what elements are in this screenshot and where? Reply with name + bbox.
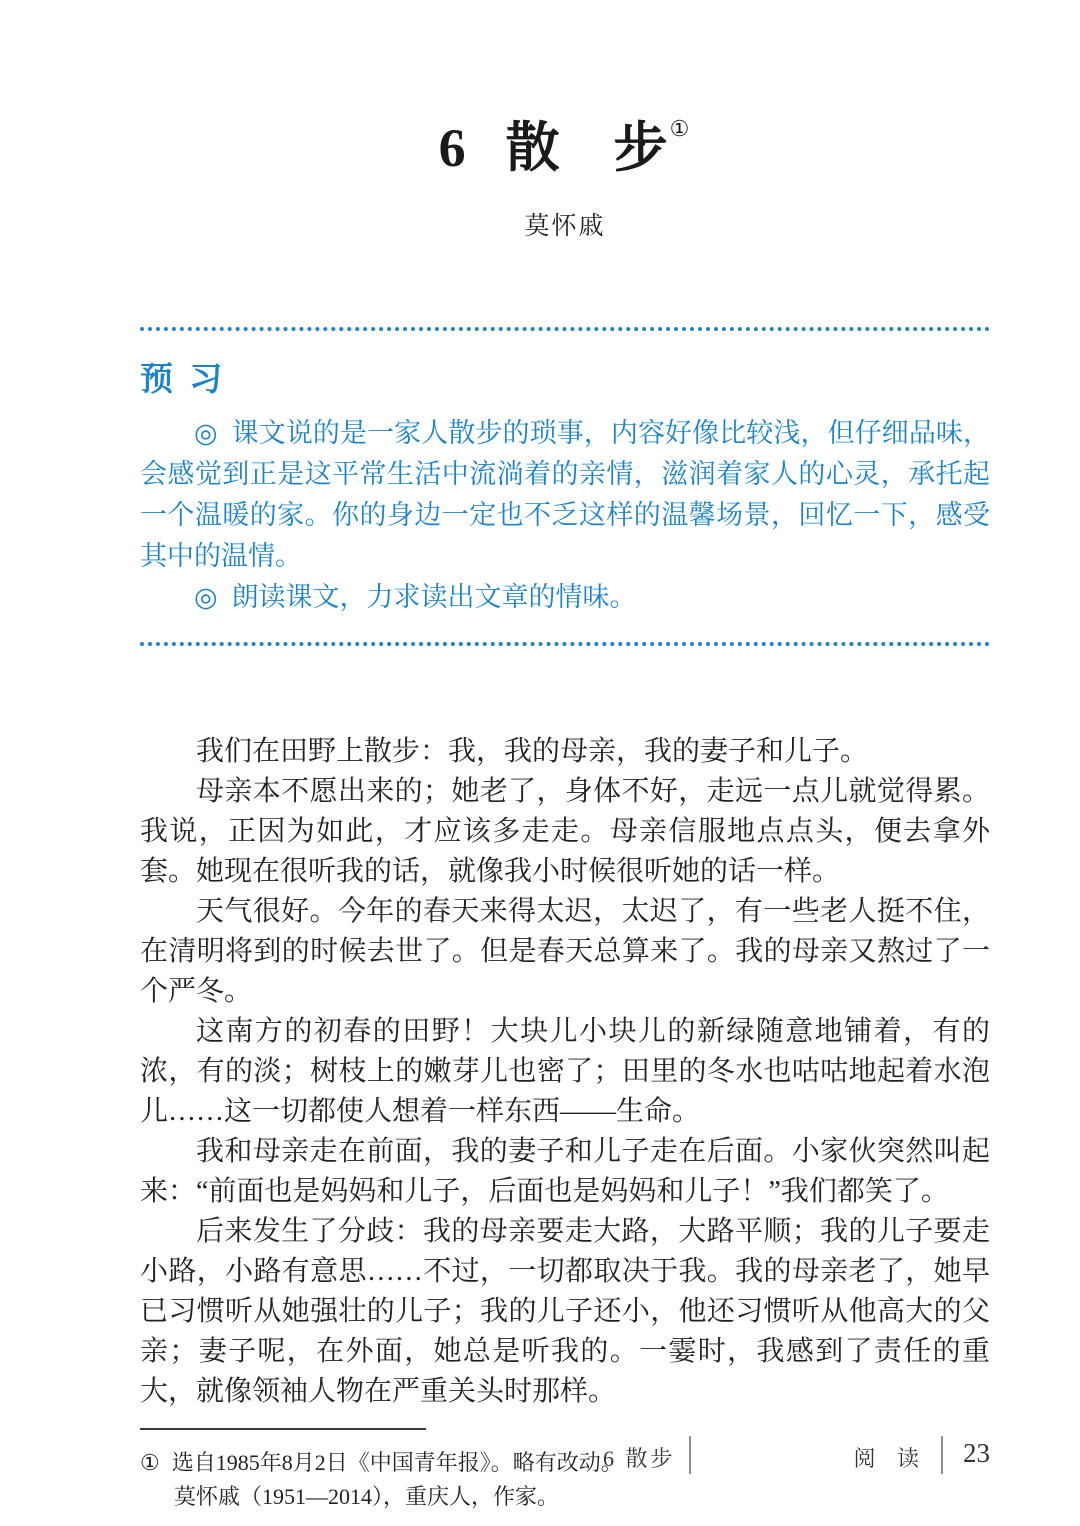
preview-item: ◎朗读课文，力求读出文章的情味。: [140, 577, 990, 618]
footer-divider-bar: [689, 1436, 691, 1474]
footnote-divider: [140, 1428, 426, 1430]
preview-item: ◎课文说的是一家人散步的琐事，内容好像比较浅，但仔细品味，会感觉到正是这平常生活…: [140, 413, 990, 577]
author-name: 莫怀戚: [140, 211, 990, 243]
textbook-page: 6散 步① 莫怀戚 预 习 ◎课文说的是一家人散步的琐事，内容好像比较浅，但仔细…: [0, 0, 1080, 1526]
body-paragraph: 我和母亲走在前面，我的妻子和儿子走在后面。小家伙突然叫起来：“前面也是妈妈和儿子…: [140, 1132, 990, 1212]
page-number: 23: [963, 1438, 990, 1469]
body-paragraph: 我们在田野上散步：我，我的母亲，我的妻子和儿子。: [140, 732, 990, 772]
body-paragraph: 母亲本不愿出来的；她老了，身体不好，走远一点儿就觉得累。我说，正因为如此，才应该…: [140, 772, 990, 892]
lesson-body: 我们在田野上散步：我，我的母亲，我的妻子和儿子。 母亲本不愿出来的；她老了，身体…: [140, 732, 990, 1412]
page-footer: 6 散步 阅 读 23: [603, 1440, 990, 1474]
lesson-number: 6: [439, 118, 468, 178]
preview-box: 预 习 ◎课文说的是一家人散步的琐事，内容好像比较浅，但仔细品味，会感觉到正是这…: [140, 327, 990, 646]
lesson-title-text: 散 步: [506, 118, 668, 178]
body-paragraph: 后来发生了分歧：我的母亲要走大路，大路平顺；我的儿子要走小路，小路有意思……不过…: [140, 1212, 990, 1412]
footnote-marker: ①: [140, 1450, 160, 1475]
preview-item-text: 课文说的是一家人散步的琐事，内容好像比较浅，但仔细品味，会感觉到正是这平常生活中…: [140, 418, 990, 571]
preview-item-text: 朗读课文，力求读出文章的情味。: [232, 582, 637, 612]
footnote-text: 选自1985年8月2日《中国青年报》。略有改动。: [172, 1450, 623, 1475]
footer-lesson-ref: 6 散步: [603, 1440, 676, 1473]
bullseye-bullet-icon: ◎: [194, 582, 218, 612]
preview-heading: 预 习: [140, 357, 990, 403]
title-footnote-ref: ①: [670, 116, 692, 141]
bullseye-bullet-icon: ◎: [194, 418, 218, 448]
footnote-line: 莫怀戚（1951—2014），重庆人，作家。: [140, 1480, 990, 1514]
body-paragraph: 天气很好。今年的春天来得太迟，太迟了，有一些老人挺不住，在清明将到的时候去世了。…: [140, 892, 990, 1012]
body-paragraph: 这南方的初春的田野！大块儿小块儿的新绿随意地铺着，有的浓，有的淡；树枝上的嫩芽儿…: [140, 1012, 990, 1132]
footer-divider-bar: [941, 1436, 943, 1474]
page-content: 6散 步① 莫怀戚 预 习 ◎课文说的是一家人散步的琐事，内容好像比较浅，但仔细…: [140, 0, 990, 1514]
footer-section-name: 阅 读: [853, 1440, 927, 1473]
lesson-title: 6散 步①: [140, 92, 990, 185]
